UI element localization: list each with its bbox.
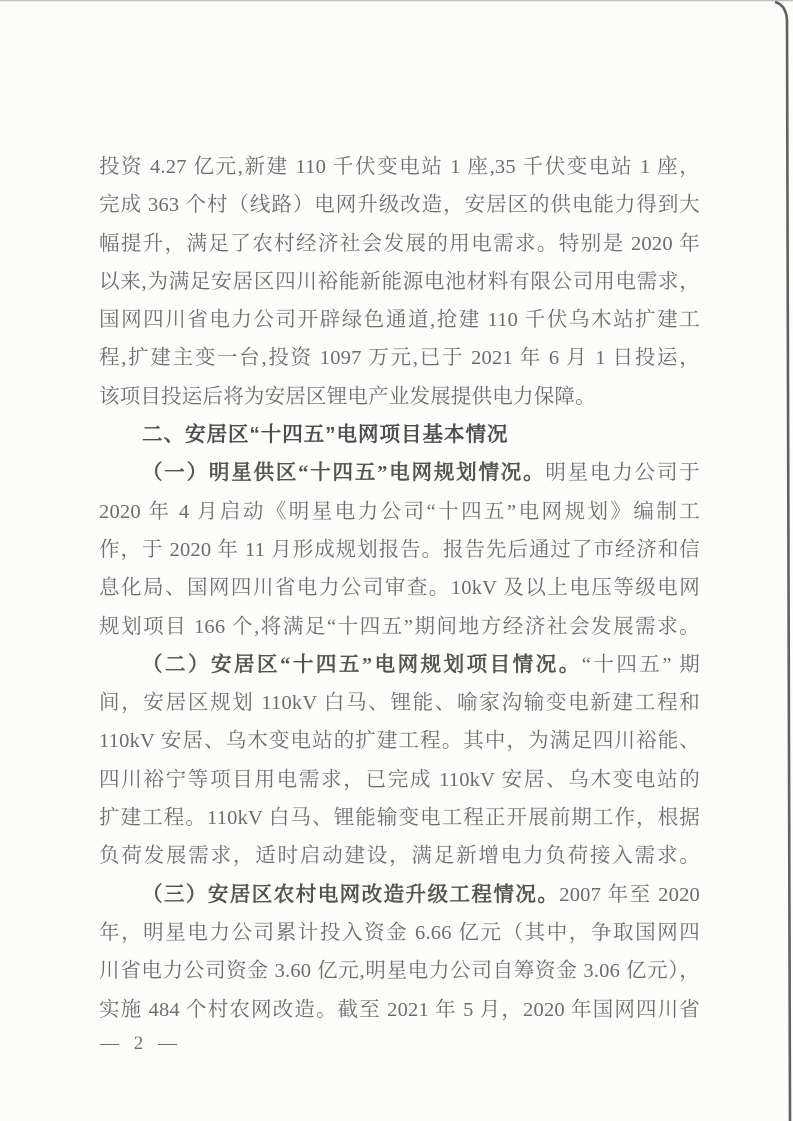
text-line: 四川裕宁等项目用电需求，已完成 110kV 安居、乌木变电站的	[99, 761, 700, 799]
text-line: 完成 363 个村（线路）电网升级改造，安居区的供电能力得到大	[99, 186, 700, 224]
text-run: 四川裕宁等项目用电需求，已完成 110kV 安居、乌木变电站的	[99, 769, 700, 791]
text-line: 程,扩建主变一台,投资 1097 万元,已于 2021 年 6 月 1 日投运，	[99, 339, 700, 377]
bold-run: （二）安居区“十四五”电网规划项目情况。	[142, 654, 582, 676]
text-line: 息化局、国网四川省电力公司审查。10kV 及以上电压等级电网	[99, 569, 700, 607]
text-run: 该项目投运后将为安居区锂电产业发展提供电力保障。	[99, 386, 596, 408]
bold-run: （一）明星供区“十四五”电网规划情况。	[142, 462, 545, 484]
text-line: 实施 484 个村农网改造。截至 2021 年 5 月，2020 年国网四川省	[99, 991, 700, 1029]
page-footer: — 2 —	[100, 1030, 182, 1058]
section-heading-line: 二、安居区“十四五”电网项目基本情况	[99, 416, 700, 454]
text-line: 间，安居区规划 110kV 白马、锂能、喻家沟输变电新建工程和	[99, 684, 700, 722]
text-line: 幅提升，满足了农村经济社会发展的用电需求。特别是 2020 年	[99, 225, 700, 263]
text-run: 完成 363 个村（线路）电网升级改造，安居区的供电能力得到大	[99, 194, 700, 216]
scanned-document-page: 投资 4.27 亿元,新建 110 千伏变电站 1 座,35 千伏变电站 1 座…	[0, 0, 793, 1121]
text-line: 扩建工程。110kV 白马、锂能输变电工程正开展前期工作，根据	[99, 799, 700, 837]
text-line: 年，明星电力公司累计投入资金 6.66 亿元（其中，争取国网四	[99, 914, 700, 952]
text-line: 川省电力公司资金 3.60 亿元,明星电力公司自筹资金 3.06 亿元），	[99, 952, 700, 990]
text-run: 实施 484 个村农网改造。截至 2021 年 5 月，2020 年国网四川省	[99, 999, 700, 1021]
text-line: （二）安居区“十四五”电网规划项目情况。“十四五” 期	[99, 646, 700, 684]
text-run: 扩建工程。110kV 白马、锂能输变电工程正开展前期工作，根据	[99, 807, 700, 829]
text-run: 110kV 安居、乌木变电站的扩建工程。其中，为满足四川裕能、	[99, 730, 700, 752]
text-run: 川省电力公司资金 3.60 亿元,明星电力公司自筹资金 3.06 亿元），	[99, 960, 700, 982]
text-run: “十四五” 期	[582, 654, 700, 676]
text-run: 2007 年至 2020	[559, 884, 700, 906]
text-line: 2020 年 4 月启动《明星电力公司“十四五”电网规划》编制工	[99, 493, 700, 531]
text-run: 作，于 2020 年 11 月形成规划报告。报告先后通过了市经济和信	[99, 539, 700, 561]
text-line: 作，于 2020 年 11 月形成规划报告。报告先后通过了市经济和信	[99, 531, 700, 569]
text-run: 年，明星电力公司累计投入资金 6.66 亿元（其中，争取国网四	[99, 922, 700, 944]
text-run: 投资 4.27 亿元,新建 110 千伏变电站 1 座,35 千伏变电站 1 座…	[99, 156, 700, 178]
text-line: （一）明星供区“十四五”电网规划情况。明星电力公司于	[99, 454, 700, 492]
text-run: 2020 年 4 月启动《明星电力公司“十四五”电网规划》编制工	[99, 501, 700, 523]
text-run: 幅提升，满足了农村经济社会发展的用电需求。特别是 2020 年	[99, 233, 700, 255]
text-run: 间，安居区规划 110kV 白马、锂能、喻家沟输变电新建工程和	[99, 692, 700, 714]
text-run: 息化局、国网四川省电力公司审查。10kV 及以上电压等级电网	[99, 577, 700, 599]
text-run: 明星电力公司于	[545, 462, 700, 484]
text-line: 投资 4.27 亿元,新建 110 千伏变电站 1 座,35 千伏变电站 1 座…	[99, 148, 700, 186]
text-line: （三）安居区农村电网改造升级工程情况。2007 年至 2020	[99, 876, 700, 914]
text-line: 规划项目 166 个,将满足“十四五”期间地方经济社会发展需求。	[99, 608, 700, 646]
text-line: 该项目投运后将为安居区锂电产业发展提供电力保障。	[99, 378, 700, 416]
text-run: 规划项目 166 个,将满足“十四五”期间地方经济社会发展需求。	[99, 616, 700, 638]
text-run: 以来,为满足安居区四川裕能新能源电池材料有限公司用电需求，	[99, 271, 700, 293]
text-run: 负荷发展需求，适时启动建设，满足新增电力负荷接入需求。	[99, 845, 700, 867]
document-body: 投资 4.27 亿元,新建 110 千伏变电站 1 座,35 千伏变电站 1 座…	[99, 148, 700, 1029]
text-line: 110kV 安居、乌木变电站的扩建工程。其中，为满足四川裕能、	[99, 722, 700, 760]
footer-page-number: — 2 —	[100, 1033, 182, 1054]
text-run: 程,扩建主变一台,投资 1097 万元,已于 2021 年 6 月 1 日投运，	[99, 347, 700, 369]
bold-run: （三）安居区农村电网改造升级工程情况。	[142, 884, 559, 906]
text-line: 国网四川省电力公司开辟绿色通道,抢建 110 千伏乌木站扩建工	[99, 301, 700, 339]
text-line: 负荷发展需求，适时启动建设，满足新增电力负荷接入需求。	[99, 837, 700, 875]
bold-run: 二、安居区“十四五”电网项目基本情况	[142, 423, 509, 446]
text-run: 国网四川省电力公司开辟绿色通道,抢建 110 千伏乌木站扩建工	[99, 309, 700, 331]
text-line: 以来,为满足安居区四川裕能新能源电池材料有限公司用电需求，	[99, 263, 700, 301]
